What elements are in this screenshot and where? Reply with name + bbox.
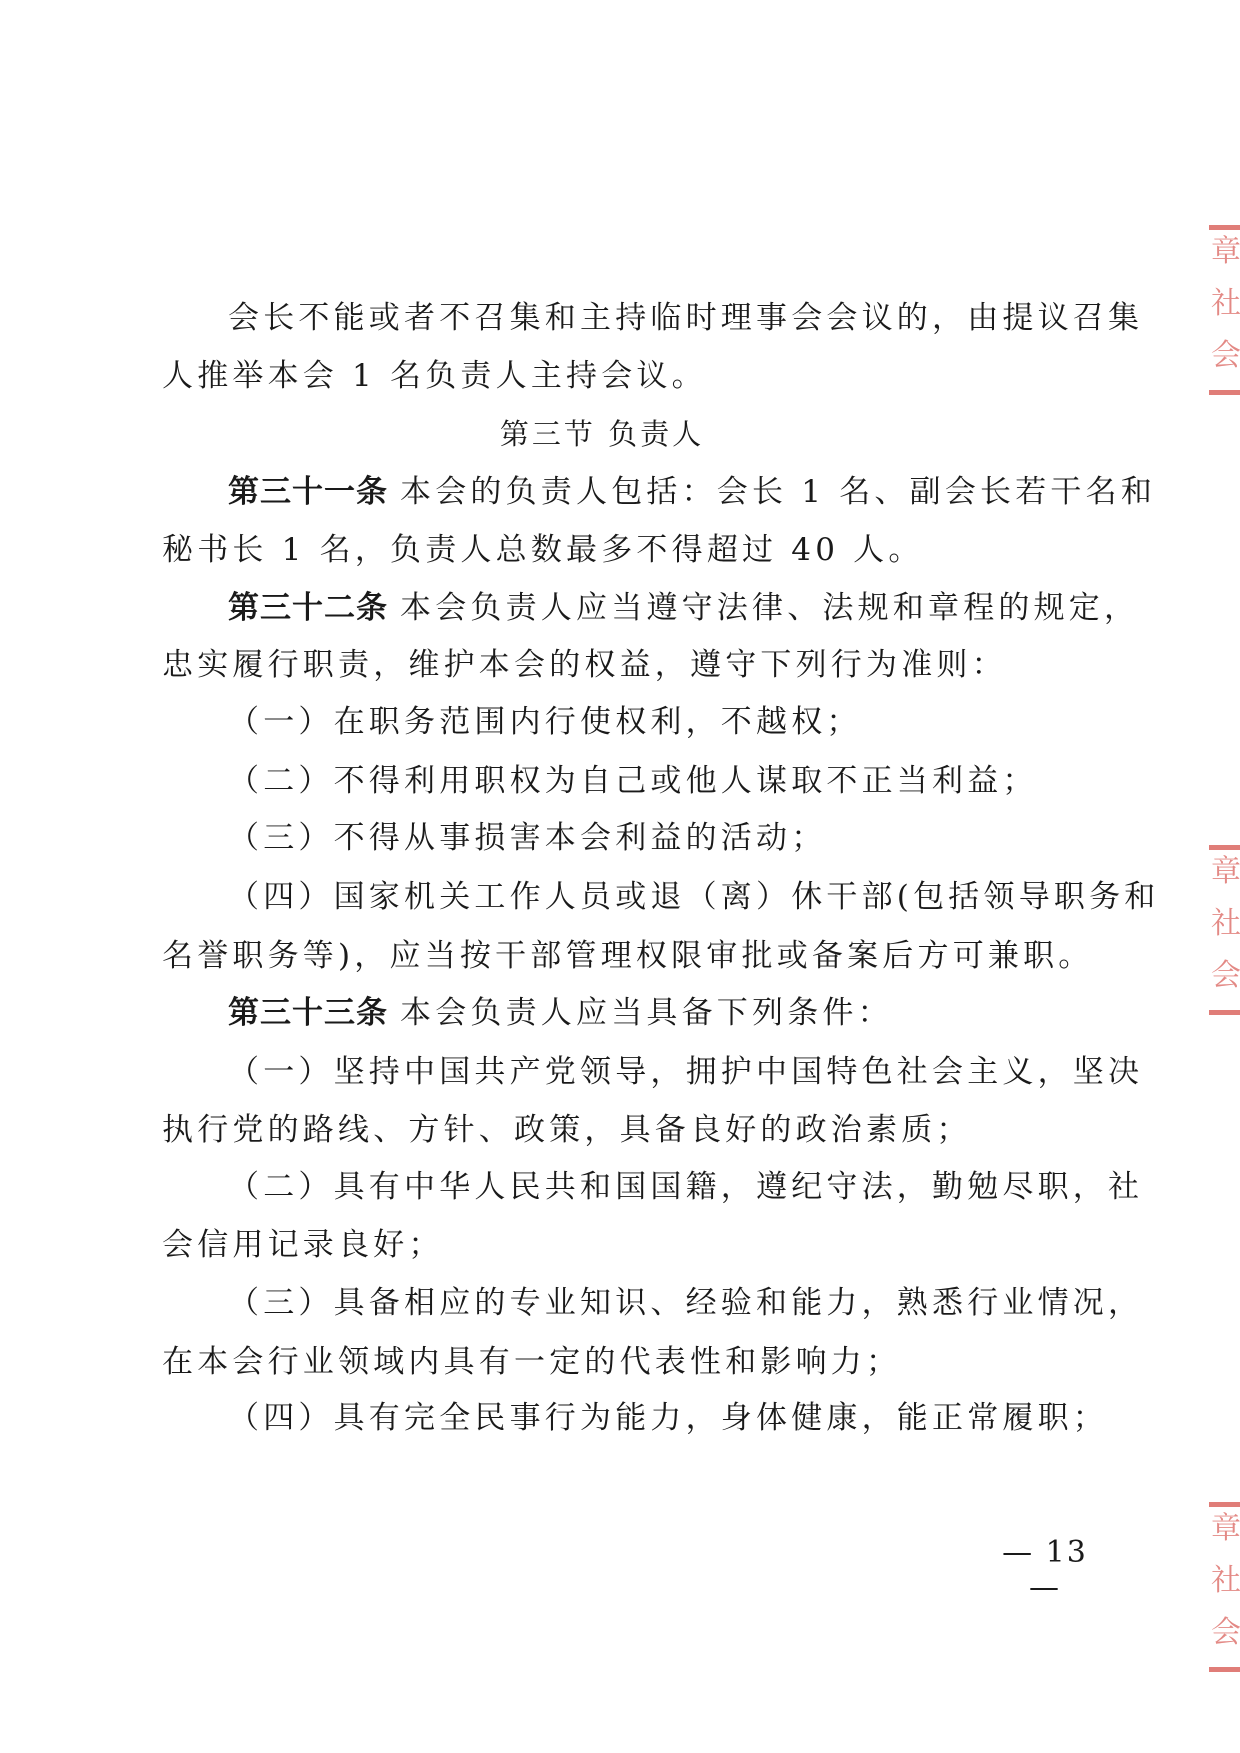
article-label: 第三十一条: [228, 474, 388, 510]
list-item: （二）不得利用职权为自己或他人谋取不正当利益；: [228, 761, 1168, 801]
article-text-line: 秘书长 1 名，负责人总数最多不得超过 40 人。: [162, 530, 1102, 570]
seal-stamp-icon: 章 社 会: [1205, 1502, 1240, 1672]
list-item-continuation: 在本会行业领域内具有一定的代表性和影响力；: [162, 1342, 1102, 1382]
seal-stamp-icon: 章 社 会: [1205, 845, 1240, 1015]
article-31: 第三十一条本会的负责人包括：会长 1 名、副会长若干名和: [228, 472, 1168, 512]
list-item: （二）具有中华人民共和国国籍，遵纪守法，勤勉尽职，社: [228, 1167, 1168, 1207]
article-32: 第三十二条本会负责人应当遵守法律、法规和章程的规定，: [228, 588, 1168, 628]
article-text: 本会负责人应当具备下列条件：: [400, 995, 893, 1031]
paragraph-line: 人推举本会 1 名负责人主持会议。: [162, 356, 1102, 396]
list-item: （三）具备相应的专业知识、经验和能力，熟悉行业情况，: [228, 1283, 1168, 1323]
article-33: 第三十三条本会负责人应当具备下列条件：: [228, 993, 1168, 1033]
article-label: 第三十三条: [228, 995, 388, 1031]
list-item-continuation: 执行党的路线、方针、政策，具备良好的政治素质；: [162, 1110, 1102, 1150]
seal-stamp-icon: 章 社 会: [1205, 225, 1240, 395]
article-text-line: 忠实履行职责，维护本会的权益，遵守下列行为准则：: [162, 645, 1102, 685]
document-page: 会长不能或者不召集和主持临时理事会会议的，由提议召集 人推举本会 1 名负责人主…: [0, 0, 1240, 1753]
article-text: 本会的负责人包括：会长 1 名、副会长若干名和: [400, 474, 1156, 510]
paragraph-line: 会长不能或者不召集和主持临时理事会会议的，由提议召集: [228, 298, 1168, 338]
list-item-continuation: 会信用记录良好；: [162, 1225, 1102, 1265]
list-item: （三）不得从事损害本会利益的活动；: [228, 818, 1168, 858]
article-label: 第三十二条: [228, 590, 388, 626]
list-item: （四）具有完全民事行为能力，身体健康，能正常履职；: [228, 1398, 1168, 1438]
page-number: — 13 —: [985, 1535, 1105, 1605]
section-heading: 第三节 负责人: [0, 414, 1240, 454]
list-item: （四）国家机关工作人员或退（离）休干部(包括领导职务和: [228, 877, 1168, 917]
list-item: （一）坚持中国共产党领导，拥护中国特色社会主义，坚决: [228, 1052, 1168, 1092]
list-item: （一）在职务范围内行使权利，不越权；: [228, 702, 1168, 742]
article-text: 本会负责人应当遵守法律、法规和章程的规定，: [400, 590, 1139, 626]
list-item-continuation: 名誉职务等)，应当按干部管理权限审批或备案后方可兼职。: [162, 936, 1102, 976]
